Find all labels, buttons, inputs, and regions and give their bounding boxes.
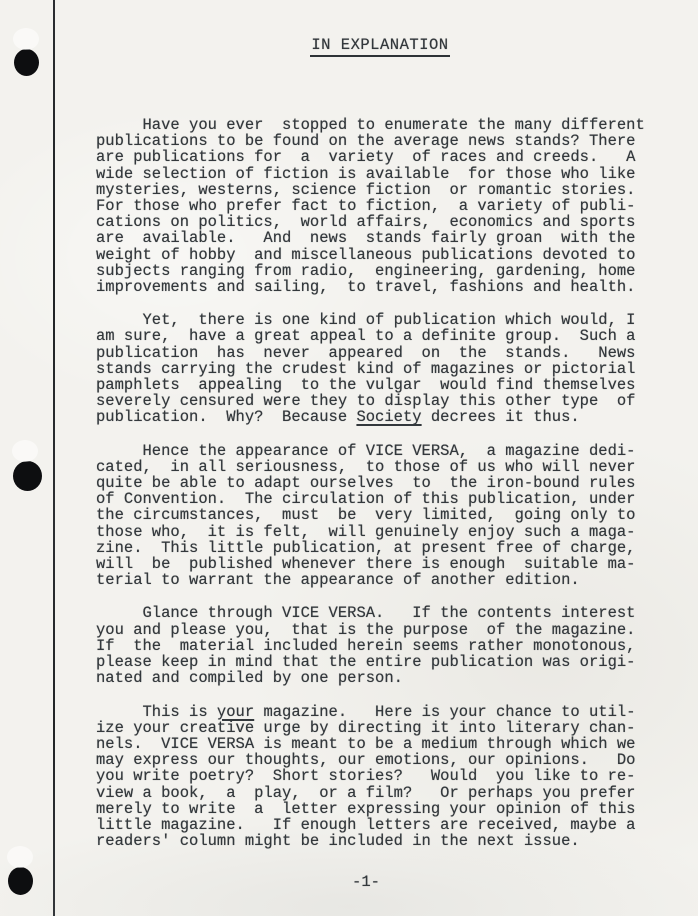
paragraph: Have you ever stopped to enumerate the m…: [96, 117, 656, 295]
page-number: -1-: [352, 873, 380, 891]
punch-hole-top: [14, 49, 39, 76]
paragraph: Hence the appearance of VICE VERSA, a ma…: [96, 443, 656, 589]
paragraph: Yet, there is one kind of publication wh…: [96, 312, 656, 425]
text-segment: magazine. Here is your chance to util-: [254, 703, 635, 721]
text-segment: decrees it thus.: [422, 408, 580, 426]
page-edge-line: [53, 0, 55, 916]
paragraph: This is your magazine. Here is your chan…: [96, 704, 656, 850]
underlined-word: Society: [356, 408, 421, 426]
page-title: IN EXPLANATION: [310, 36, 449, 57]
scan-page: IN EXPLANATION Have you ever stopped to …: [0, 0, 698, 916]
paragraph: Glance through VICE VERSA. If the conten…: [96, 605, 656, 686]
text-segment: publication. Why? Because: [96, 408, 356, 426]
text-segment: This is: [96, 703, 217, 721]
punch-hole-middle: [13, 461, 42, 491]
punch-hole-bottom: [8, 867, 33, 895]
typed-body: Have you ever stopped to enumerate the m…: [96, 117, 656, 866]
underlined-word: your: [217, 703, 254, 721]
page-number-row: -1-: [96, 873, 636, 891]
title-row: IN EXPLANATION: [96, 36, 636, 57]
